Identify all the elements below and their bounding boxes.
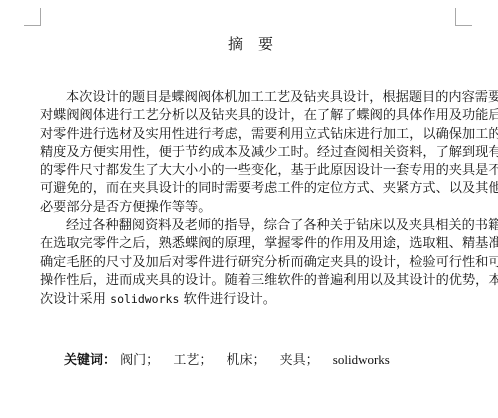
- paragraph-1-line-1: 本次设计的题目是蝶阀阀体机加工工艺及钻夹具设计，根据题目的内容需要: [40, 89, 482, 107]
- keywords-label: 关键词：: [64, 353, 116, 368]
- paragraph-2-line-4: 操作性后，进而成夹具的设计。随着三维软件的普遍利用以及其设计的优势，本: [40, 272, 482, 290]
- keyword-item: 工艺；: [173, 353, 212, 368]
- paragraph-1-line-2: 对蝶阀阀体进行工艺分析以及钻夹具的设计，在了解了蝶阀的具体作用及功能后，: [40, 107, 482, 125]
- paragraph-1-line-5: 的零件尺寸都发生了大大小小的一些变化，基于此原因设计一套专用的夹具是不: [40, 162, 482, 180]
- paragraph-2-line-2: 在选取完零件之后，熟悉蝶阀的原理，掌握零件的作用及用途，选取粗、精基准，: [40, 235, 482, 253]
- page-corner-mark-top-right: [455, 8, 472, 26]
- abstract-body: 本次设计的题目是蝶阀阀体机加工工艺及钻夹具设计，根据题目的内容需要 对蝶阀阀体进…: [40, 89, 482, 309]
- page-corner-mark-top-left: [24, 8, 41, 26]
- paragraph-1-line-4: 精度及方便实用性，便于节约成本及减少工时。经过查阅相关资料，了解到现有: [40, 144, 482, 162]
- paragraph-1-line-7: 必要部分是否方便操作等等。: [40, 199, 482, 217]
- software-name: solidworks: [110, 292, 179, 306]
- keywords-line: 关键词： 阀门； 工艺； 机床； 夹具； solidworks: [64, 349, 390, 368]
- line-text-after: 软件进行设计。: [179, 292, 276, 307]
- paragraph-2-line-1: 经过各种翻阅资料及老师的指导，综合了各种关于钻床以及夹具相关的书籍，: [40, 217, 482, 235]
- paragraph-2-line-3: 确定毛胚的尺寸及加后对零件进行研究分析而确定夹具的设计，检验可行性和可: [40, 254, 482, 272]
- paragraph-1-line-3: 对零件进行选材及实用性进行考虑，需要利用立式钻床进行加工，以确保加工的: [40, 126, 482, 144]
- line-text-before: 次设计采用: [40, 292, 110, 307]
- keyword-item-solidworks: solidworks: [333, 352, 390, 367]
- keyword-item: 阀门；: [120, 353, 159, 368]
- keyword-item: 机床；: [226, 353, 265, 368]
- keyword-item: 夹具；: [280, 353, 319, 368]
- paragraph-2-line-5: 次设计采用 solidworks 软件进行设计。: [40, 290, 482, 308]
- abstract-title: 摘要: [0, 33, 498, 54]
- paragraph-1-line-6: 可避免的，而在夹具设计的同时需要考虑工件的定位方式、夹紧方式、以及其他: [40, 180, 482, 198]
